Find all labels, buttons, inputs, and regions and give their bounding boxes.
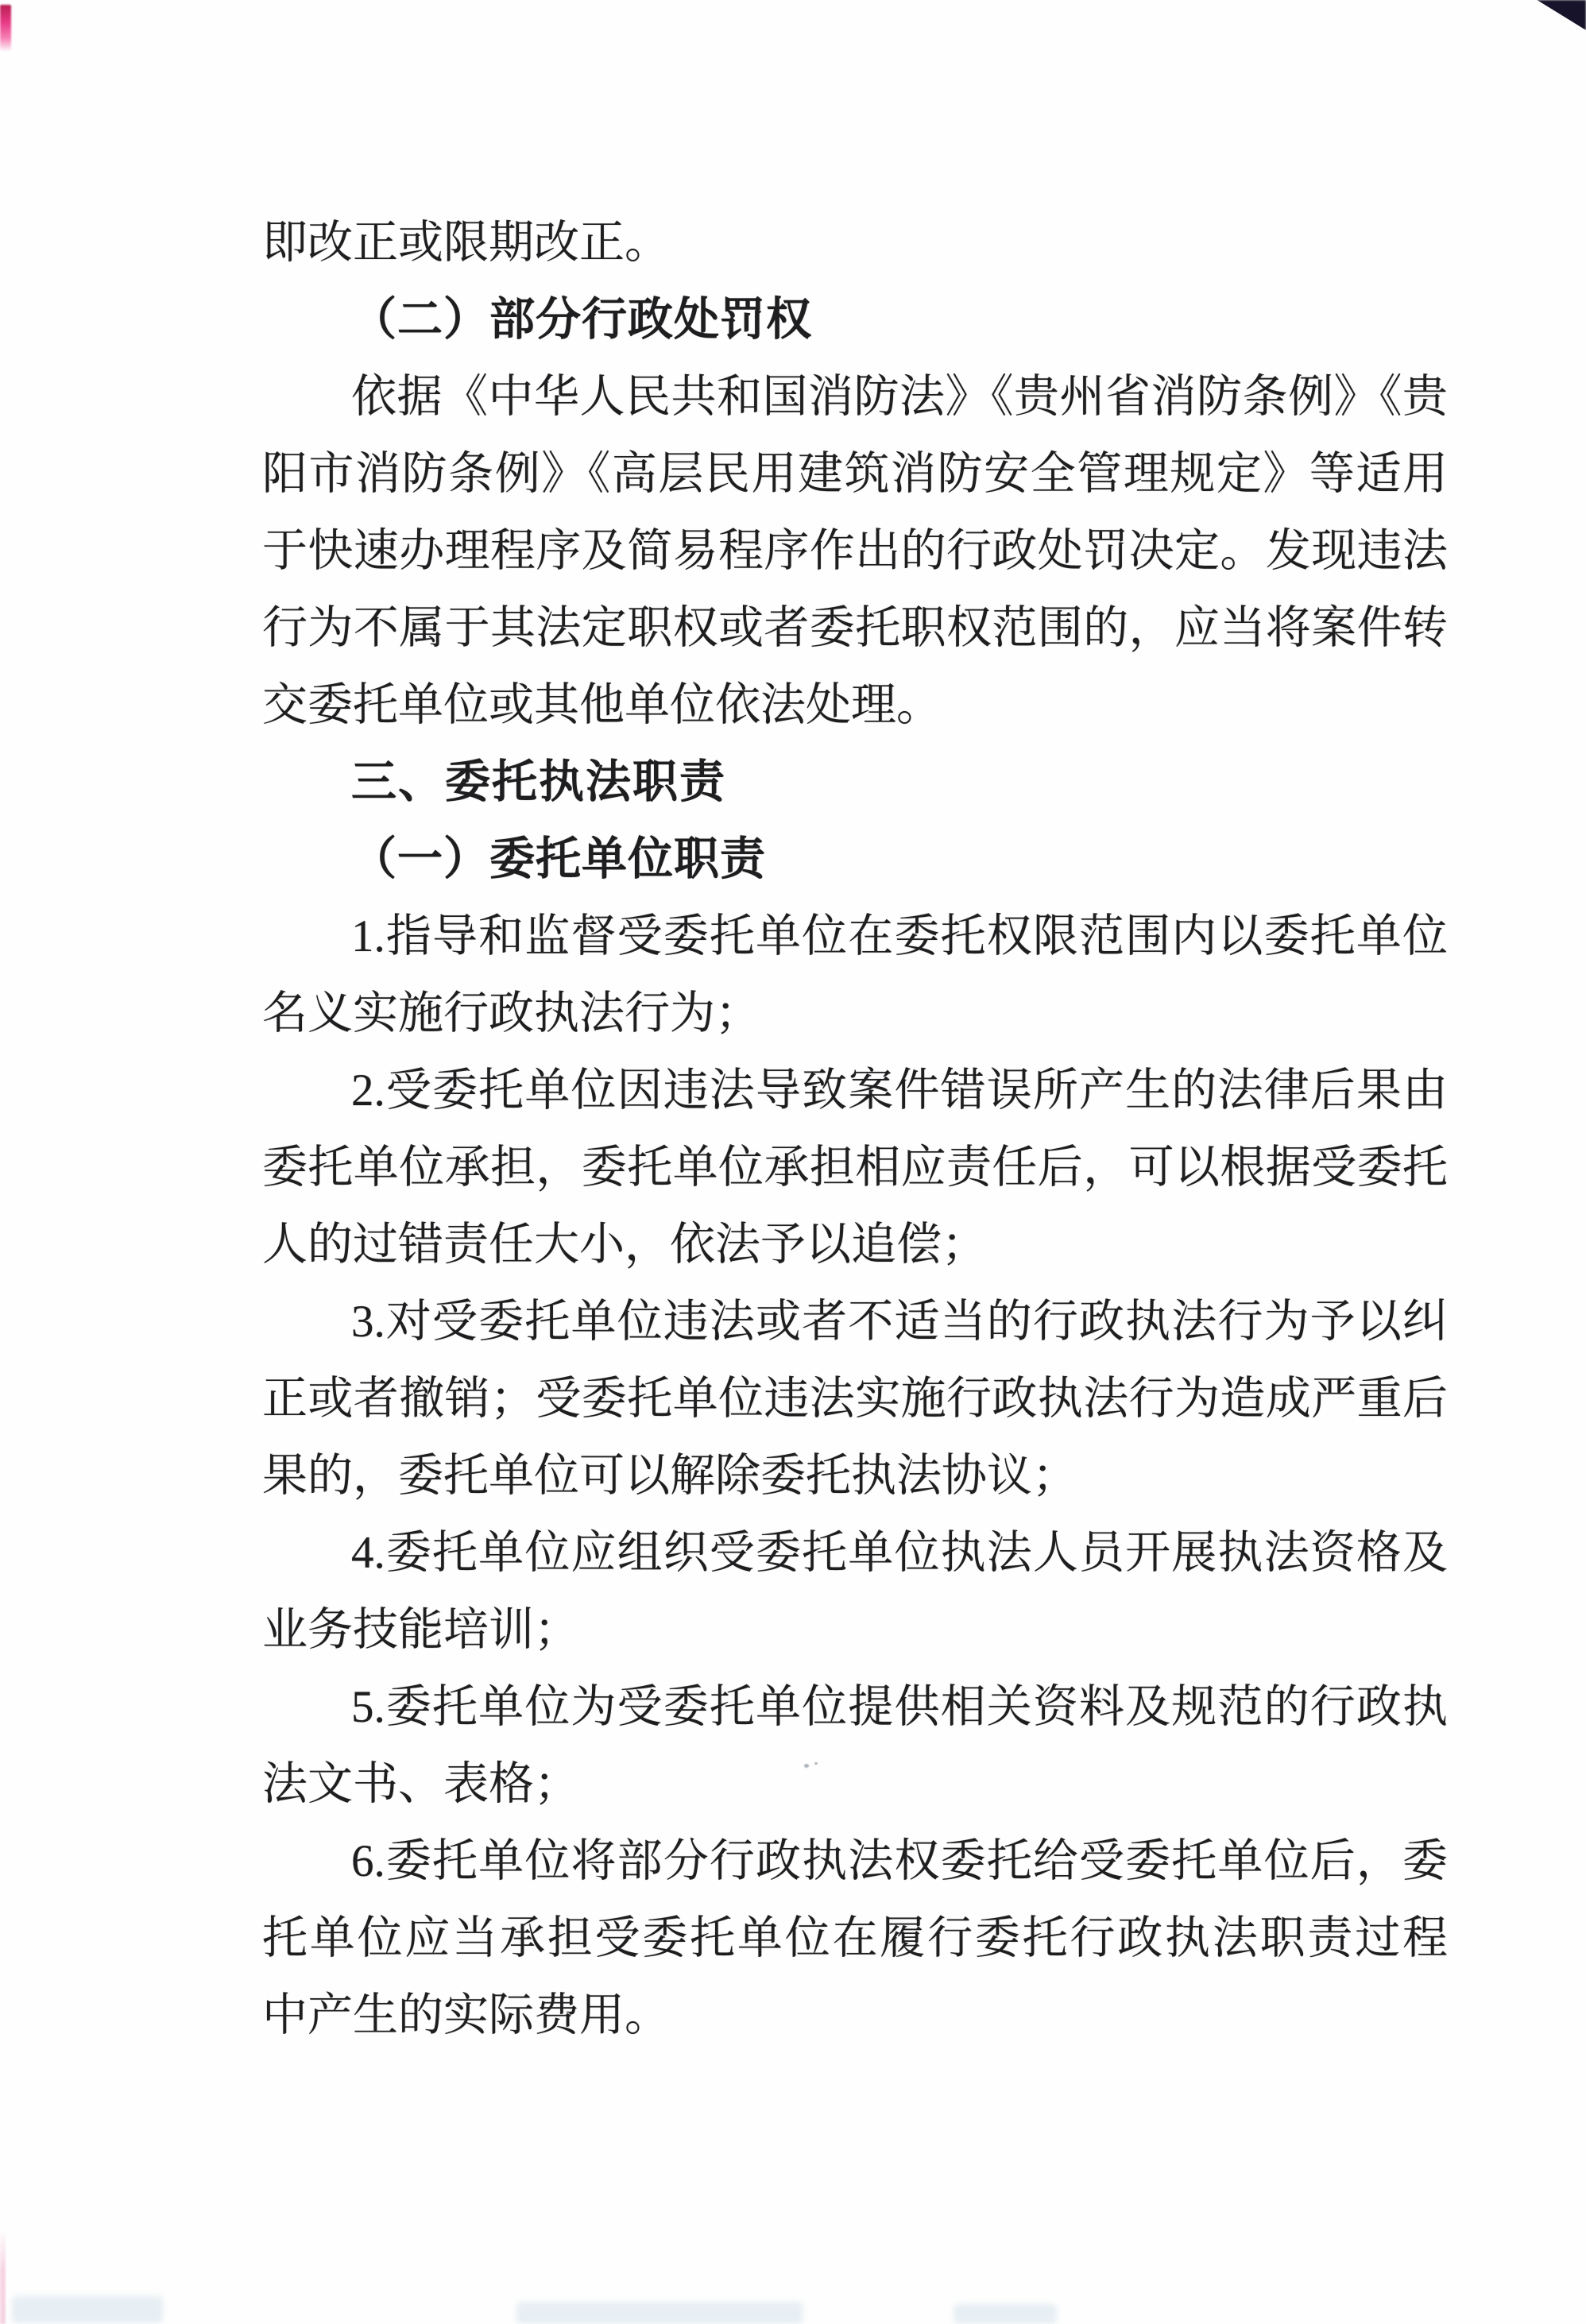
text-line: 于快速办理程序及简易程序作出的行政处罚决定。发现违法 <box>262 512 1448 590</box>
text-block: 即改正或限期改正。（二）部分行政处罚权依据《中华人民共和国消防法》《贵州省消防条… <box>262 204 1448 2054</box>
text-line: （一）委托单位职责 <box>262 821 1448 898</box>
pink-ink-mark <box>0 5 11 51</box>
text-line: 业务技能培训； <box>262 1591 1448 1669</box>
dark-corner-fold-icon <box>1530 0 1586 30</box>
text-line: 阳市消防条例》《高层民用建筑消防安全管理规定》等适用 <box>262 435 1448 512</box>
text-line: 正或者撤销；受委托单位违法实施行政执法行为造成严重后 <box>262 1360 1448 1437</box>
text-line: 依据《中华人民共和国消防法》《贵州省消防条例》《贵 <box>262 358 1448 435</box>
text-line: 即改正或限期改正。 <box>262 204 1448 281</box>
text-line: 4.委托单位应组织受委托单位执法人员开展执法资格及 <box>262 1514 1448 1591</box>
text-line: 托单位应当承担受委托单位在履行委托行政执法职责过程 <box>262 1900 1448 1977</box>
text-line: 人的过错责任大小，依法予以追偿； <box>262 1206 1448 1283</box>
text-line: 1.指导和监督受委托单位在委托权限范围内以委托单位 <box>262 898 1448 975</box>
text-line: 行为不属于其法定职权或者委托职权范围的，应当将案件转 <box>262 590 1448 667</box>
text-line: 中产生的实际费用。 <box>262 1977 1448 2054</box>
text-line: 2.受委托单位因违法导致案件错误所产生的法律后果由 <box>262 1052 1448 1129</box>
text-line: 法文书、表格； <box>262 1746 1448 1823</box>
pink-edge-streak <box>0 2229 6 2324</box>
scanner-smudge <box>12 2296 163 2323</box>
text-line: 委托单位承担，委托单位承担相应责任后，可以根据受委托 <box>262 1129 1448 1206</box>
text-line: 名义实施行政执法行为； <box>262 975 1448 1052</box>
text-line: 3.对受委托单位违法或者不适当的行政执法行为予以纠 <box>262 1283 1448 1360</box>
text-line: （二）部分行政处罚权 <box>262 281 1448 358</box>
text-line: 6.委托单位将部分行政执法权委托给受委托单位后，委 <box>262 1823 1448 1900</box>
text-line: 交委托单位或其他单位依法处理。 <box>262 667 1448 744</box>
text-line: 5.委托单位为受委托单位提供相关资料及规范的行政执 <box>262 1669 1448 1746</box>
document-page: 即改正或限期改正。（二）部分行政处罚权依据《中华人民共和国消防法》《贵州省消防条… <box>0 0 1586 2324</box>
text-line: 果的，委托单位可以解除委托执法协议； <box>262 1437 1448 1514</box>
scanner-smudge <box>954 2304 1057 2324</box>
scanner-smudge <box>516 2302 803 2324</box>
text-line: 三、委托执法职责 <box>262 744 1448 821</box>
